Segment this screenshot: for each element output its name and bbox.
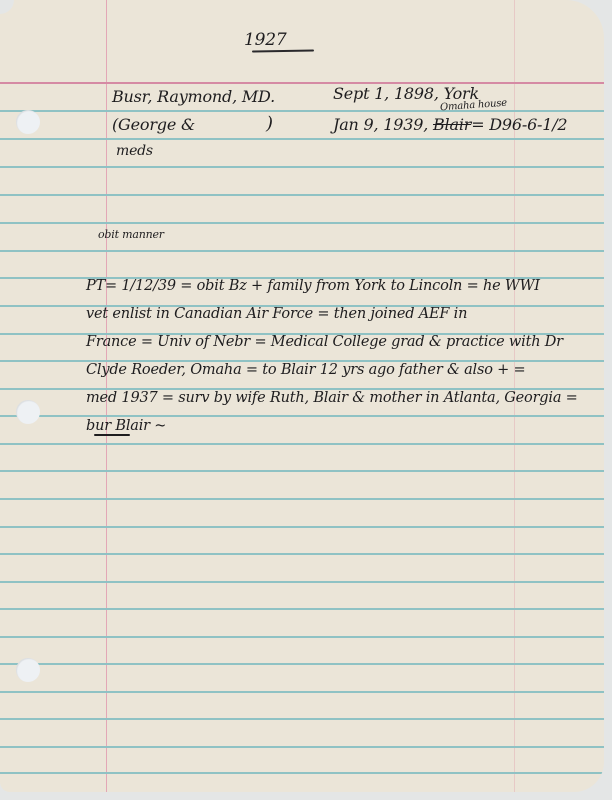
- punch-hole-middle: [16, 400, 40, 424]
- punch-hole-bottom: [16, 658, 40, 682]
- ruled-line: [0, 526, 604, 528]
- ruled-line: [0, 663, 604, 665]
- ruled-line: [0, 110, 604, 112]
- ruled-line: [0, 443, 604, 445]
- ruled-line: [0, 498, 604, 500]
- year-underline: [252, 49, 314, 52]
- ruled-line: [0, 746, 604, 748]
- narrative-line: med 1937 = surv by wife Ruth, Blair & mo…: [86, 390, 578, 406]
- ruled-line: [0, 636, 604, 638]
- notebook-page: 1927 Busr, Raymond, MD. (George & ) meds…: [0, 0, 604, 792]
- ruled-line: [0, 553, 604, 555]
- entry-death: Jan 9, 1939, Blair= D96-6-1/2: [333, 115, 567, 134]
- narrative-line: bur Blair ~: [86, 418, 166, 434]
- punch-hole-top: [16, 110, 40, 134]
- entry-parents-close: ): [266, 113, 273, 134]
- entry-death-ref: = D96-6-1/2: [471, 115, 567, 134]
- page-corner: [0, 0, 14, 14]
- entry-death-place-strikeout: Blair: [433, 115, 471, 134]
- narrative-line: Clyde Roeder, Omaha = to Blair 12 yrs ag…: [86, 362, 525, 378]
- ruled-line: [0, 194, 604, 196]
- ruled-line: [0, 608, 604, 610]
- year-heading: 1927: [244, 30, 286, 50]
- ruled-line: [0, 250, 604, 252]
- ruled-line: [0, 138, 604, 140]
- entry-parents: (George &: [112, 115, 195, 134]
- ruled-line: [0, 470, 604, 472]
- entry-name: Busr, Raymond, MD.: [112, 87, 275, 106]
- ruled-line: [0, 772, 604, 774]
- header-red-line: [0, 82, 604, 84]
- narrative-line: France = Univ of Nebr = Medical College …: [86, 334, 563, 350]
- ruled-line: [0, 691, 604, 693]
- entry-source: obit manner: [98, 228, 164, 241]
- burial-underline: [94, 434, 130, 436]
- ruled-line: [0, 222, 604, 224]
- ruled-line: [0, 718, 604, 720]
- narrative-line: PT= 1/12/39 = obit Bz + family from York…: [86, 278, 540, 294]
- ruled-line: [0, 415, 604, 417]
- entry-specialty: meds: [116, 143, 153, 159]
- narrative-line: vet enlist in Canadian Air Force = then …: [86, 306, 467, 322]
- ruled-line: [0, 166, 604, 168]
- ruled-line: [0, 581, 604, 583]
- entry-death-date: Jan 9, 1939,: [333, 115, 428, 134]
